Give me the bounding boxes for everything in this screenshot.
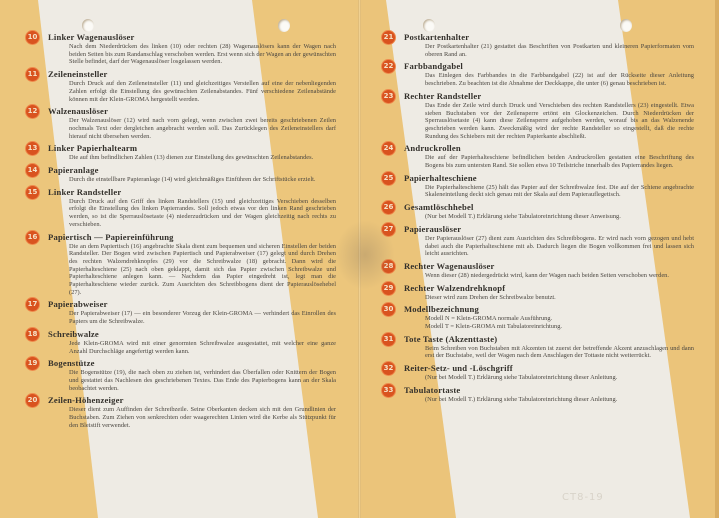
entry-body: Durch die einstellbare Papieranlage (14)…	[69, 176, 336, 184]
entry-body: Dieser dient zum Auffinden der Schreibze…	[69, 406, 336, 429]
legend-entry: 20Zeilen-HöhenzeigerDieser dient zum Auf…	[26, 395, 336, 429]
number-badge-icon: 18	[26, 328, 39, 341]
number-badge-icon: 19	[26, 357, 39, 370]
entry-body: Dieser wird zum Drehen der Schreibwalze …	[425, 294, 694, 302]
entry-body: Der Papierabweiser (17) — ein besonderer…	[69, 310, 336, 325]
number-badge-icon: 16	[26, 231, 39, 244]
number-badge-icon: 25	[382, 172, 395, 185]
entry-title: Linker Wagenauslöser	[48, 32, 336, 43]
punch-hole	[82, 19, 94, 32]
left-entries: 10Linker WagenauslöserNach dem Niederdrü…	[26, 32, 336, 433]
legend-entry: 25PapierhalteschieneDie Papierhalteschie…	[382, 173, 694, 199]
left-page: 10Linker WagenauslöserNach dem Niederdrü…	[0, 0, 360, 518]
number-badge-icon: 33	[382, 384, 395, 397]
entry-title: Papiertisch — Papiereinführung	[48, 232, 336, 243]
entry-title: Papierauslöser	[404, 224, 694, 235]
entry-body: Nach dem Niederdrücken des linken (10) o…	[69, 43, 336, 66]
legend-entry: 30ModellbezeichnungModell N = Klein-GROM…	[382, 304, 694, 330]
legend-entry: 17PapierabweiserDer Papierabweiser (17) …	[26, 299, 336, 325]
entry-title: Papierabweiser	[48, 299, 336, 310]
number-badge-icon: 22	[382, 60, 395, 73]
entry-title: Andruckrollen	[404, 143, 694, 154]
legend-entry: 10Linker WagenauslöserNach dem Niederdrü…	[26, 32, 336, 66]
page-edge	[715, 0, 719, 518]
entry-body: Modell N = Klein-GROMA normale Ausführun…	[425, 315, 694, 330]
entry-body: Das Ende der Zeile wird durch Druck und …	[425, 102, 694, 141]
entry-title: Tabulatortaste	[404, 385, 694, 396]
entry-body: Der Postkartenhalter (21) gestattet das …	[425, 43, 694, 58]
entry-title: Linker Randsteller	[48, 187, 336, 198]
legend-entry: 14PapieranlageDurch die einstellbare Pap…	[26, 165, 336, 184]
legend-entry: 21PostkartenhalterDer Postkartenhalter (…	[382, 32, 694, 58]
entry-title: Zeileneinsteller	[48, 69, 336, 80]
number-badge-icon: 21	[382, 31, 395, 44]
punch-hole	[620, 19, 632, 32]
legend-entry: 18SchreibwalzeJede Klein-GROMA wird mit …	[26, 329, 336, 355]
punch-hole	[423, 19, 435, 32]
entry-body: Der Walzenauslöser (12) wird nach vorn g…	[69, 117, 336, 140]
entry-body: Die auf ihm befindlichen Zahlen (13) die…	[69, 154, 336, 162]
number-badge-icon: 12	[26, 105, 39, 118]
legend-entry: 15Linker RandstellerDurch Druck auf den …	[26, 187, 336, 229]
entry-body: (Nur bei Modell T.) Erklärung siehe Tabu…	[425, 374, 694, 382]
entry-title: Postkartenhalter	[404, 32, 694, 43]
legend-entry: 11ZeileneinstellerDurch Druck auf den Ze…	[26, 69, 336, 103]
number-badge-icon: 10	[26, 31, 39, 44]
number-badge-icon: 20	[26, 394, 39, 407]
legend-entry: 32Reiter-Setz- und -Löschgriff(Nur bei M…	[382, 363, 694, 382]
entry-title: Reiter-Setz- und -Löschgriff	[404, 363, 694, 374]
legend-entry: 33Tabulatortaste(Nur bei Modell T.) Erkl…	[382, 385, 694, 404]
entry-body: Die an dem Papiertisch (16) angebrachte …	[69, 243, 336, 297]
number-badge-icon: 26	[382, 201, 395, 214]
legend-entry: 27PapierauslöserDer Papierauslöser (27) …	[382, 224, 694, 258]
paper-stain	[335, 220, 395, 290]
legend-entry: 23Rechter RandstellerDas Ende der Zeile …	[382, 91, 694, 141]
entry-title: Rechter Walzendrehknopf	[404, 283, 694, 294]
legend-entry: 29Rechter WalzendrehknopfDieser wird zum…	[382, 283, 694, 302]
entry-title: Zeilen-Höhenzeiger	[48, 395, 336, 406]
entry-body: Die Papierhalteschiene (25) hält das Pap…	[425, 184, 694, 199]
entry-body: Wenn dieser (28) niedergedrückt wird, ka…	[425, 272, 694, 280]
entry-title: Papieranlage	[48, 165, 336, 176]
legend-entry: 13Linker PapierhaltearmDie auf ihm befin…	[26, 143, 336, 162]
entry-title: Walzenauslöser	[48, 106, 336, 117]
entry-title: Bogenstütze	[48, 358, 336, 369]
entry-body: (Nur bei Modell T.) Erklärung siehe Tabu…	[425, 213, 694, 221]
entry-title: Farbbandgabel	[404, 61, 694, 72]
number-badge-icon: 32	[382, 362, 395, 375]
number-badge-icon: 31	[382, 333, 395, 346]
legend-entry: 22FarbbandgabelDas Einlegen des Farbband…	[382, 61, 694, 87]
number-badge-icon: 17	[26, 298, 39, 311]
legend-entry: 12WalzenauslöserDer Walzenauslöser (12) …	[26, 106, 336, 140]
legend-entry: 16Papiertisch — PapiereinführungDie an d…	[26, 232, 336, 297]
right-page: 21PostkartenhalterDer Postkartenhalter (…	[360, 0, 719, 518]
punch-hole	[278, 19, 290, 32]
entry-body: Die auf der Papierhalteschiene befindlic…	[425, 154, 694, 169]
entry-body: Durch Druck auf den Griff des linken Ran…	[69, 198, 336, 229]
number-badge-icon: 24	[382, 142, 395, 155]
entry-body: Die Bogenstütze (19), die nach oben zu z…	[69, 369, 336, 392]
legend-entry: 26Gesamtlöschhebel(Nur bei Modell T.) Er…	[382, 202, 694, 221]
entry-body: (Nur bei Modell T.) Erklärung siehe Tabu…	[425, 396, 694, 404]
number-badge-icon: 15	[26, 186, 39, 199]
number-badge-icon: 29	[382, 282, 395, 295]
entry-title: Papierhalteschiene	[404, 173, 694, 184]
number-badge-icon: 23	[382, 90, 395, 103]
entry-title: Rechter Wagenauslöser	[404, 261, 694, 272]
catalog-mark: CT8-19	[562, 492, 604, 503]
entry-title: Gesamtlöschhebel	[404, 202, 694, 213]
right-entries: 21PostkartenhalterDer Postkartenhalter (…	[382, 32, 694, 407]
entry-body: Der Papierauslöser (27) dient zum Ausric…	[425, 235, 694, 258]
entry-title: Modellbezeichnung	[404, 304, 694, 315]
entry-body: Durch Druck auf den Zeileneinsteller (11…	[69, 80, 336, 103]
entry-title: Rechter Randsteller	[404, 91, 694, 102]
legend-entry: 28Rechter WagenauslöserWenn dieser (28) …	[382, 261, 694, 280]
entry-title: Linker Papierhaltearm	[48, 143, 336, 154]
number-badge-icon: 14	[26, 164, 39, 177]
entry-body: Jede Klein-GROMA wird mit einer genormte…	[69, 340, 336, 355]
entry-title: Tote Taste (Akzenttaste)	[404, 334, 694, 345]
number-badge-icon: 13	[26, 142, 39, 155]
entry-body: Beim Schreiben von Buchstaben mit Akzent…	[425, 345, 694, 360]
legend-entry: 24AndruckrollenDie auf der Papierhaltesc…	[382, 143, 694, 169]
number-badge-icon: 11	[26, 68, 39, 81]
entry-title: Schreibwalze	[48, 329, 336, 340]
number-badge-icon: 30	[382, 303, 395, 316]
entry-body: Das Einlegen des Farbbandes in die Farbb…	[425, 72, 694, 87]
legend-entry: 31Tote Taste (Akzenttaste)Beim Schreiben…	[382, 334, 694, 360]
legend-entry: 19BogenstützeDie Bogenstütze (19), die n…	[26, 358, 336, 392]
